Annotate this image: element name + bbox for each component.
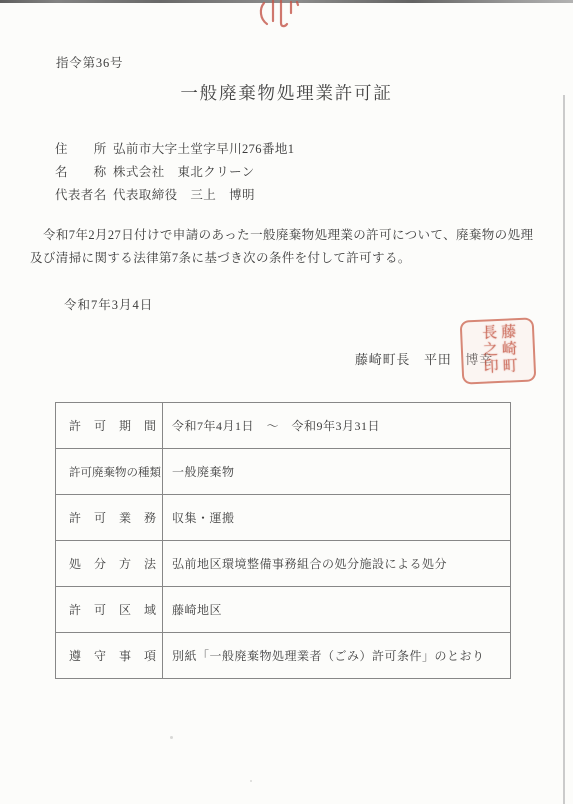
applicant-representative-label: 代表者名 xyxy=(55,184,107,207)
body-text-line1: 令和7年2月27日付けで申請のあった一般廃棄物処理業の許可について、廃棄物の処理 xyxy=(30,224,550,247)
permit-period-value: 令和7年4月1日 ～ 令和9年3月31日 xyxy=(163,403,511,449)
waste-type-label: 許可廃棄物の種類 xyxy=(56,449,163,495)
seal-text: 藤崎町長之印 xyxy=(478,323,518,379)
applicant-address-label: 住 所 xyxy=(55,138,107,161)
scan-speck xyxy=(170,736,173,739)
disposal-method-value: 弘前地区環境整備事務組合の処分施設による処分 xyxy=(163,541,511,587)
table-row-compliance-items: 遵 守 事 項 別紙「一般廃棄物処理業者（ごみ）許可条件」のとおり xyxy=(56,633,511,679)
compliance-items-value: 別紙「一般廃棄物処理業者（ごみ）許可条件」のとおり xyxy=(163,633,511,679)
table-row-disposal-method: 処 分 方 法 弘前地区環境整備事務組合の処分施設による処分 xyxy=(56,541,511,587)
table-row-permit-period: 許 可 期 間 令和7年4月1日 ～ 令和9年3月31日 xyxy=(56,403,511,449)
permit-area-label: 許 可 区 域 xyxy=(56,587,163,633)
permitted-business-value: 収集・運搬 xyxy=(163,495,511,541)
scan-line-artifact xyxy=(563,95,565,804)
table-row-waste-type: 許可廃棄物の種類 一般廃棄物 xyxy=(56,449,511,495)
applicant-address-row: 住 所 弘前市大字土堂字早川276番地1 xyxy=(55,138,294,161)
disposal-method-label: 処 分 方 法 xyxy=(56,541,163,587)
directive-number: 指令第36号 xyxy=(56,53,123,71)
partial-red-stamp-icon xyxy=(256,0,302,35)
official-red-seal: 藤崎町長之印 xyxy=(460,317,537,384)
applicant-address-value: 弘前市大字土堂字早川276番地1 xyxy=(113,138,294,161)
applicant-name-label: 名 称 xyxy=(55,161,107,184)
applicant-representative-row: 代表者名 代表取締役 三上 博明 xyxy=(55,184,294,207)
applicant-name-value: 株式会社 東北クリーン xyxy=(113,161,255,184)
permit-period-label: 許 可 期 間 xyxy=(56,403,163,449)
scanned-permit-document: 指令第36号 一般廃棄物処理業許可証 住 所 弘前市大字土堂字早川276番地1 … xyxy=(0,0,573,804)
permit-details-table: 許 可 期 間 令和7年4月1日 ～ 令和9年3月31日 許可廃棄物の種類 一般… xyxy=(55,402,511,679)
permit-body-text: 令和7年2月27日付けで申請のあった一般廃棄物処理業の許可について、廃棄物の処理… xyxy=(30,224,550,269)
waste-type-value: 一般廃棄物 xyxy=(163,449,511,495)
applicant-name-row: 名 称 株式会社 東北クリーン xyxy=(55,161,294,184)
body-text-line2: 及び清掃に関する法律第7条に基づき次の条件を付して許可する。 xyxy=(30,247,550,270)
applicant-info-block: 住 所 弘前市大字土堂字早川276番地1 名 称 株式会社 東北クリーン 代表者… xyxy=(55,138,294,207)
permit-area-value: 藤崎地区 xyxy=(163,587,511,633)
compliance-items-label: 遵 守 事 項 xyxy=(56,633,163,679)
document-title: 一般廃棄物処理業許可証 xyxy=(0,80,573,105)
applicant-representative-value: 代表取締役 三上 博明 xyxy=(113,184,255,207)
scan-speck xyxy=(250,780,252,782)
table-row-permit-area: 許 可 区 域 藤崎地区 xyxy=(56,587,511,633)
issue-date: 令和7年3月4日 xyxy=(64,295,153,313)
table-row-permitted-business: 許 可 業 務 収集・運搬 xyxy=(56,495,511,541)
permitted-business-label: 許 可 業 務 xyxy=(56,495,163,541)
